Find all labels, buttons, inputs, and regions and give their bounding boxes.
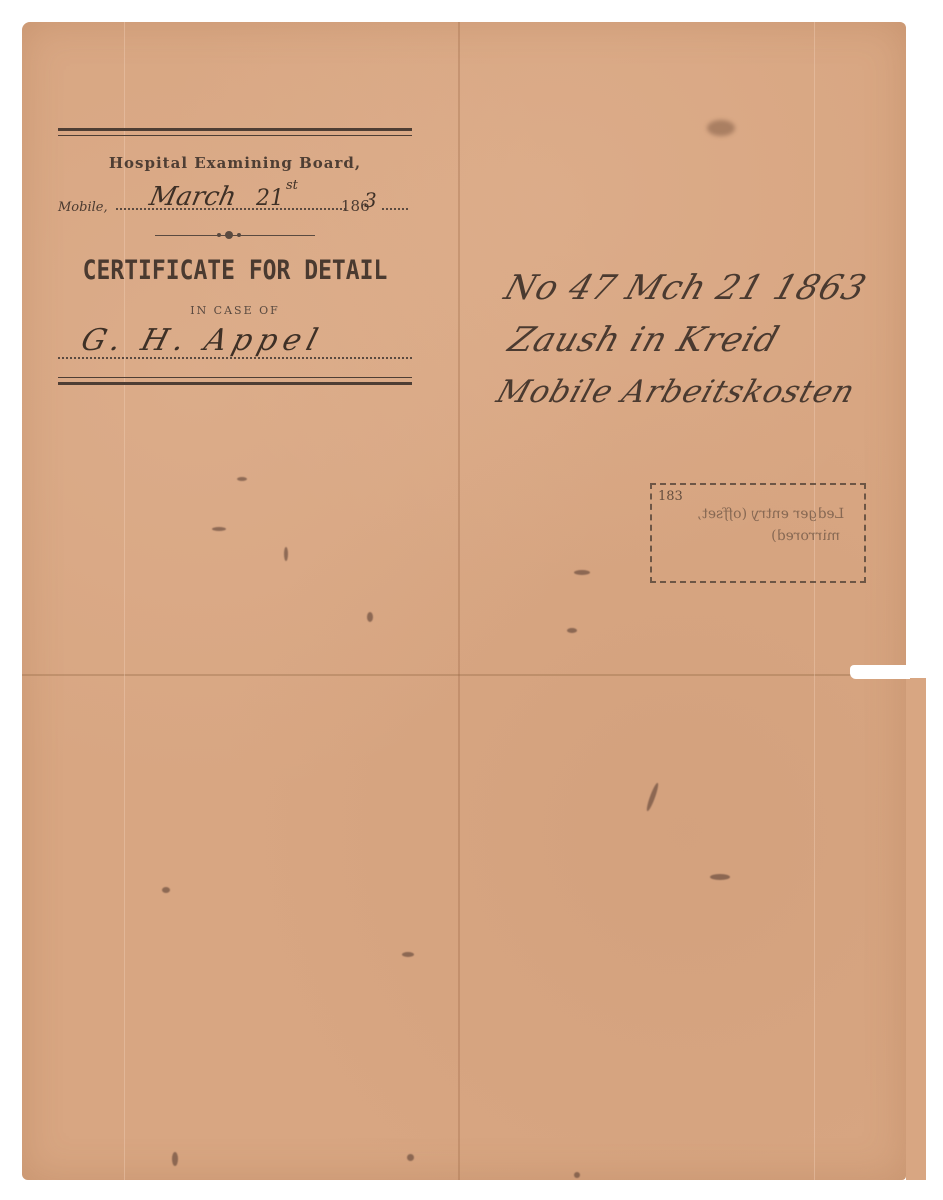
top-rule: [58, 128, 412, 136]
ink-smudge: [237, 477, 247, 481]
name-line: G. H. Appel: [58, 323, 412, 363]
docket-line-2: Zaush in Kreid: [502, 314, 923, 366]
docket-line-3: Mobile Arbeitskosten: [490, 366, 923, 418]
date-day-suffix: st: [286, 178, 298, 193]
ornament-divider: [155, 230, 315, 240]
ink-smudge: [710, 874, 730, 880]
stamp-ghost-text: Ledger entry (offset, mirrored): [688, 503, 846, 547]
tear-notch: [850, 665, 910, 679]
ink-smudge: [402, 952, 414, 957]
offset-stamp-box: 183 Ledger entry (offset, mirrored): [650, 483, 866, 583]
ink-smudge: [367, 612, 373, 622]
handwritten-docket: No 47 Mch 21 1863 Zaush in Kreid Mobile …: [494, 262, 914, 418]
crease-line: [814, 22, 815, 1180]
date-line: Mobile, March 21 st 186 3: [58, 186, 412, 220]
dotted-leader: [58, 357, 412, 359]
docket-line-1: No 47 Mch 21 1863: [498, 262, 923, 314]
certificate-header: Hospital Examining Board, Mobile, March …: [58, 128, 412, 385]
ink-smudge: [162, 887, 170, 893]
ink-stain: [707, 120, 735, 136]
place-label: Mobile,: [58, 200, 108, 215]
in-case-of-label: IN CASE OF: [58, 304, 412, 317]
ink-smudge: [567, 628, 577, 633]
ink-smudge: [645, 782, 660, 812]
soldier-name: G. H. Appel: [77, 323, 327, 358]
dotted-leader: [382, 208, 408, 210]
year-suffix: 3: [364, 188, 377, 212]
date-month: March: [147, 182, 239, 212]
vertical-fold: [458, 22, 460, 1180]
ink-smudge: [284, 547, 288, 561]
stamp-number: 183: [658, 489, 683, 504]
date-day: 21: [256, 186, 284, 211]
bottom-rule: [58, 377, 412, 385]
ink-smudge: [574, 570, 590, 575]
board-heading: Hospital Examining Board,: [58, 154, 412, 172]
paper-edge: [906, 678, 926, 1180]
ink-smudge: [407, 1154, 414, 1161]
certificate-title: CERTIFICATE FOR DETAIL: [58, 256, 412, 286]
horizontal-fold: [22, 674, 906, 676]
ink-smudge: [574, 1172, 580, 1178]
ink-smudge: [212, 527, 226, 531]
ink-smudge: [172, 1152, 178, 1166]
